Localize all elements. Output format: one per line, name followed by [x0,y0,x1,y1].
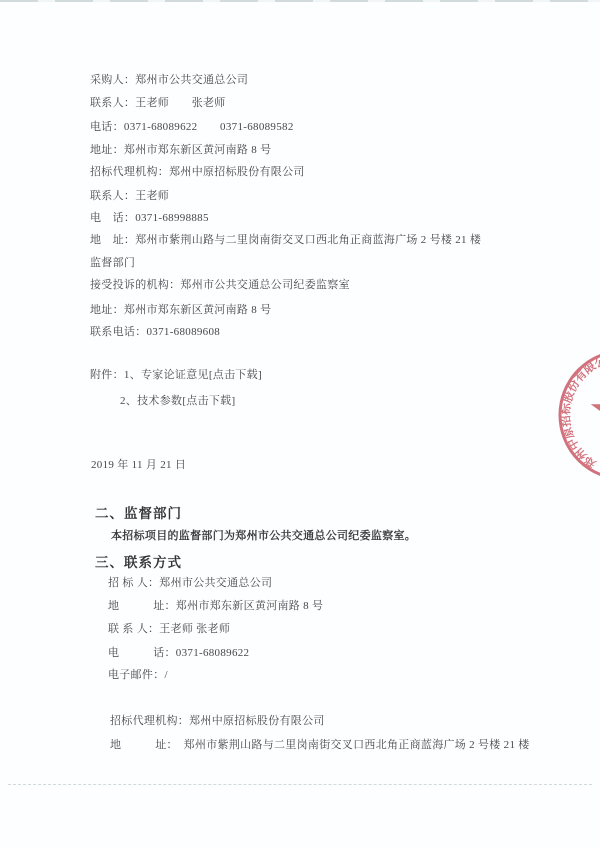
purchaser-phone-line: 电话：0371-68089622 0371-68089582 [90,118,294,134]
attachment-1-download-link[interactable]: [点击下载] [209,369,262,381]
agency-contact-line: 联系人：王老师 [90,187,169,203]
agency-phone-line: 电 话：0371-68998885 [90,209,209,225]
scan-edge-artifact [0,0,600,2]
attachment-1-label: 附件：1、专家论证意见 [90,369,209,381]
attachment-item-2: 2、技术参数[点击下载] [120,392,235,408]
agency-address-line-bottom: 地 址： 郑州市紫荆山路与二里岗南街交叉口西北角正商蓝海广场 2 号楼 21 楼 [110,736,530,752]
supervision-phone-line: 联系电话：0371-68089608 [90,323,220,339]
attachment-item-1: 附件：1、专家论证意见[点击下载] [90,366,262,382]
agency-line-bottom: 招标代理机构：郑州中原招标股份有限公司 [110,712,325,728]
section3-heading: 三、联系方式 [95,551,182,571]
purchaser-line: 采购人：郑州市公共交通总公司 [90,71,248,87]
bidder-email-line: 电子邮件：/ [108,666,168,682]
notice-date: 2019 年 11 月 21 日 [91,456,186,472]
svg-text:招: 招 [558,414,573,428]
section2-heading: 二、监督部门 [95,502,182,522]
attachment-2-label: 2、技术参数 [120,395,182,407]
company-round-seal-icon: 郑 州 中 原 招 标 股 份 有 限 公 司 [545,350,600,485]
section2-body: 本招标项目的监督部门为郑州市公共交通总公司纪委监察室。 [111,527,416,543]
complaint-org-line: 接受投诉的机构：郑州市公共交通总公司纪委监察室 [90,276,350,292]
dashed-separator [8,784,592,785]
bidder-contact-line: 联 系 人：王老师 张老师 [108,620,230,636]
scanned-document-page: 采购人：郑州市公共交通总公司 联系人：王老师 张老师 电话：0371-68089… [0,0,600,848]
bidder-line: 招 标 人：郑州市公共交通总公司 [108,574,272,590]
attachment-2-download-link[interactable]: [点击下载] [182,395,235,407]
purchaser-contact-line: 联系人：王老师 张老师 [90,94,226,110]
supervision-address-line: 地址：郑州市郑东新区黄河南路 8 号 [90,301,271,317]
agency-address-line: 地 址：郑州市紫荆山路与二里岗南街交叉口西北角正商蓝海广场 2 号楼 21 楼 [90,231,481,247]
purchaser-address-line: 地址：郑州市郑东新区黄河南路 8 号 [90,141,271,157]
agency-line: 招标代理机构：郑州中原招标股份有限公司 [90,163,305,179]
star-icon [591,380,600,443]
bidder-phone-line: 电 话：0371-68089622 [108,644,249,660]
supervision-dept-label: 监督部门 [90,254,135,270]
bidder-address-line: 地 址：郑州市郑东新区黄河南路 8 号 [108,597,323,613]
